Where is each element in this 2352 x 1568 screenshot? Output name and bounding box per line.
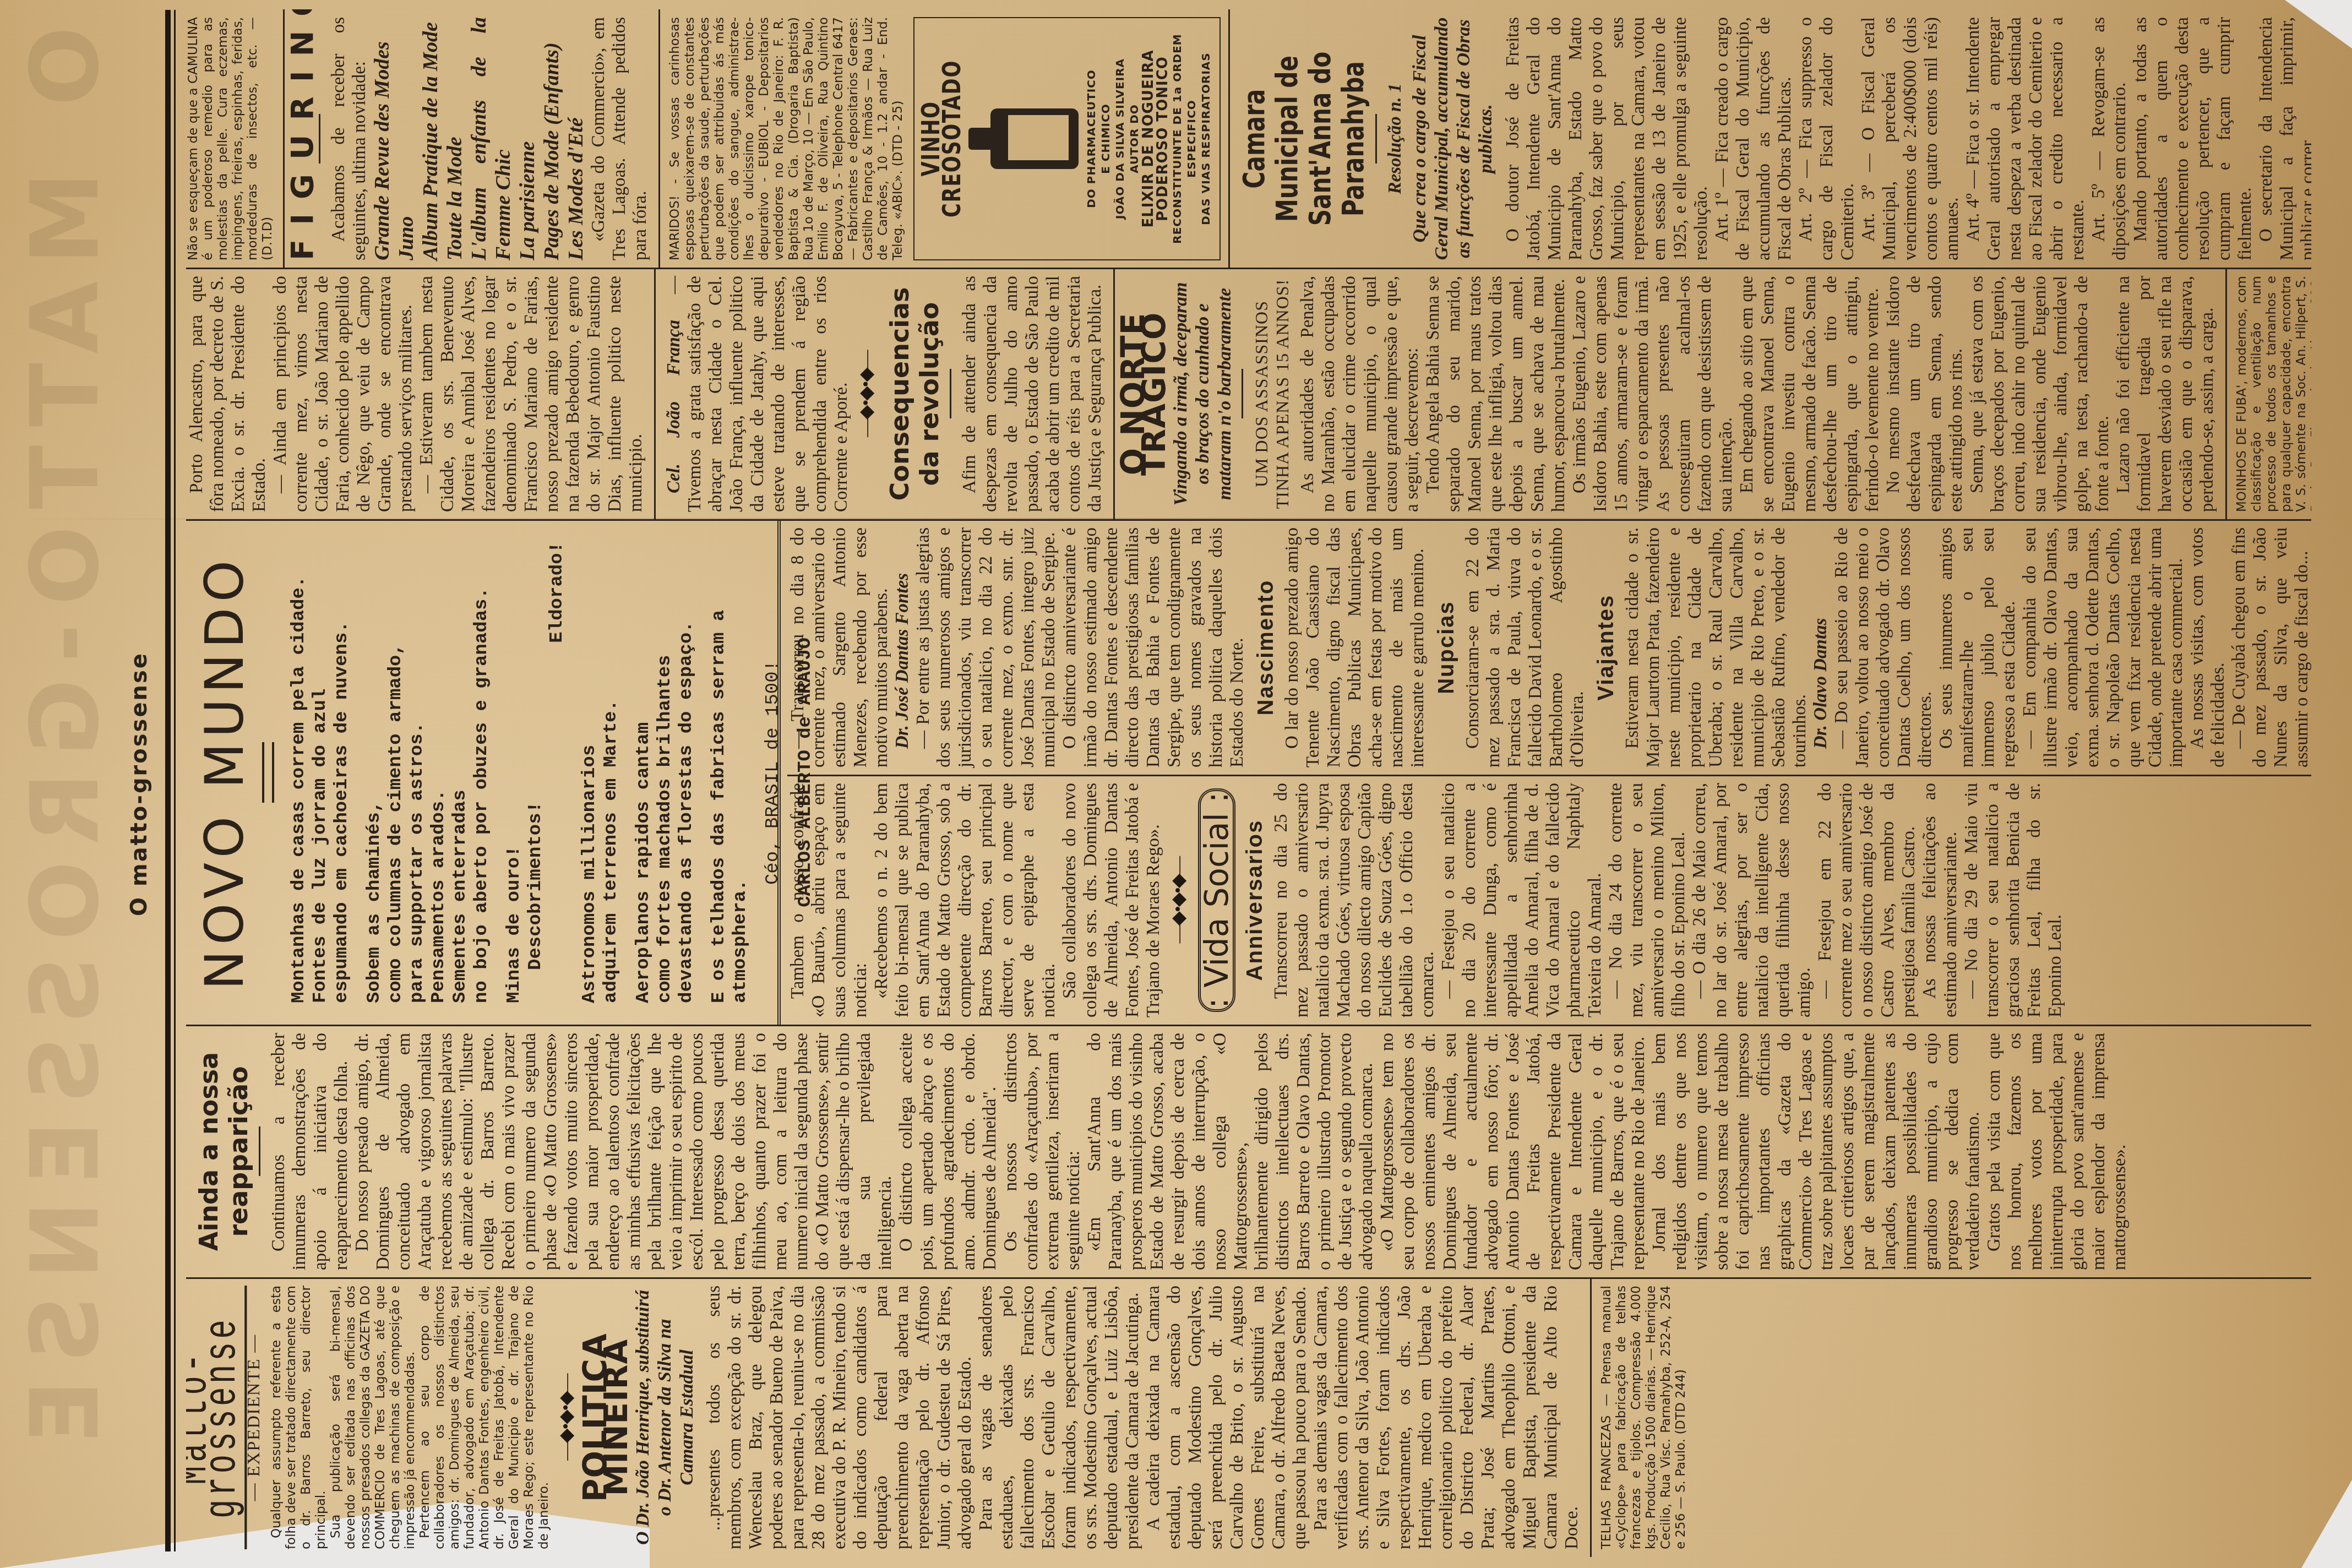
poem-line: no bojo aberto por obuzes e granadas. [471, 542, 493, 1003]
poem-stanzas: Montanhas de casas correm pela cidade.Fo… [288, 542, 752, 1003]
reapparicao-title: Ainda a nossa reapparição [194, 1033, 253, 1270]
poem-line: adquirem terrenos em Marte. [601, 542, 622, 1003]
short-rule [950, 369, 951, 419]
column-2: Ainda a nossa reapparição Continuamos a … [186, 1025, 2311, 1278]
telhas-ad: TELHAS FRANCEZAS — Prensa manual «Cyclop… [1599, 1286, 1689, 1549]
short-rule [1242, 369, 1243, 419]
divider [1590, 1278, 1592, 1557]
divider [1228, 9, 1230, 268]
nascimento-title: Nascimento [1255, 527, 1276, 767]
column-6: Não se esqueçam de que a CAMULINA é um p… [186, 9, 2311, 268]
header-rule [165, 10, 171, 1551]
poem-line: como columnas de cimento armado, [385, 542, 407, 1003]
masthead: Matto-grossense [186, 1286, 247, 1549]
camulina-ad: Não se esqueçam de que a CAMULINA é um p… [186, 17, 275, 260]
expediente-body: Qualquer assumpto referente a esta folha… [269, 1286, 552, 1549]
poem-stanza: Aeroplanos rapidos cantamcomo fortes mac… [633, 542, 698, 1003]
olavo-heading: Dr. Olavo Dantas [1810, 527, 1831, 767]
title-rule [262, 742, 274, 803]
ornament-icon: —◆•◆•◆— [856, 276, 877, 512]
column-3: Tambem o nosso confrade «O Baurú», abriu… [787, 775, 2311, 1025]
novo-mundo-poem: NOVO MUNDO Montanhas de casas correm pel… [186, 520, 781, 1025]
politica-mineira-subtitle: O Dr. João Henrique, substituirá o Dr. A… [632, 1286, 698, 1549]
header-rule-thin [174, 10, 176, 1551]
ornament-icon: —◆•◆•◆— [556, 1286, 577, 1549]
poem-stanza: Minas de ouro!Descobrimentos!Eldorado! [504, 542, 568, 1003]
short-rule [1375, 114, 1377, 164]
norte-tragico-caps: UM DOS ASSASSINOS TINHA APENAS 15 ANNOS! [1251, 276, 1293, 512]
poem-line: Sementes enterradas [450, 542, 471, 1003]
consequencias-title: Consequencias da revolução [885, 276, 944, 512]
poem-stanza: Astronomos millionariosadquirem terrenos… [579, 542, 622, 1003]
column-1: Matto-grossense — EXPEDIENTE — Qualquer … [186, 1278, 2311, 1557]
poem-line: Eldorado! [547, 542, 568, 1003]
nupcias-title: Nupcias [1436, 527, 1457, 767]
short-rule [259, 1127, 260, 1177]
poem-line: Astronomos millionarios [579, 542, 601, 1003]
vida-social-heading: : Vida Social : [1198, 788, 1235, 1012]
resolucao-subtitle: Que crea o cargo de Fiscal Geral Municip… [1409, 17, 1497, 260]
poem-line: Aeroplanos rapidos cantam [633, 542, 655, 1003]
column-5: Porto Alencastro, para que fôra nomeado,… [186, 268, 2311, 520]
poem-stanza: E os telhados das fabricas serram a atmo… [709, 542, 752, 1003]
poem-line: E os telhados das fabricas serram a atmo… [709, 542, 752, 1003]
poem-title: NOVO MUNDO [192, 542, 258, 1003]
column-4: — Transcorreu no dia 8 do corrente mez, … [787, 520, 2311, 775]
politica-mineira-title: POLITICA MINEIRA [585, 1286, 627, 1549]
moinhos-ad: MOINHOS DE FUBA', modernos, com classifi… [2235, 276, 2311, 512]
poem-stanza: Sobem as chaminés,como columnas de cimen… [364, 542, 493, 1003]
norte-tragico-title: O NORTE TRAGICO [1123, 276, 1164, 512]
poem-line: Fontes de luz jorram do azul [310, 542, 331, 1003]
poem-line: devastando as florestas do espaço. [676, 542, 698, 1003]
vinho-creosotado-ad: VINHO CREOSOTADO DO PHARMACEUTICO E CHIM… [913, 17, 1221, 260]
newspaper-page: O MATTO-GROSSENSE O matto-grossense Matt… [0, 0, 2352, 1568]
poem-stanza: Montanhas de casas correm pela cidade.Fo… [288, 542, 353, 1003]
poem-line: Minas de ouro! [504, 542, 525, 1003]
divider [658, 9, 660, 268]
poem-line: para supportar os astros. [407, 542, 428, 1003]
poem-line: Sobem as chaminés, [364, 542, 385, 1003]
page-header: O matto-grossense [127, 0, 152, 1568]
bottle-icon [968, 103, 1079, 175]
franca-heading: Cel. João França [664, 320, 684, 493]
resolucao-heading: Resolução n. 1 [1385, 17, 1406, 260]
poem-line: Descobrimentos! [525, 542, 547, 1003]
poem-line: Montanhas de casas correm pela cidade. [288, 542, 310, 1003]
poem-closing: Céo, BRASIL de 1500! [763, 542, 784, 1003]
anniversarios-title: Anniversarios [1244, 783, 1265, 1017]
divider [654, 268, 656, 520]
camara-municipal-title: Camara Municipal de Sant'Anna do Paranah… [1238, 44, 1370, 234]
dantas-heading: Dr. José Dantas Fontes [892, 527, 913, 767]
maridos-eubiol-ad: MARIDOS! - Se vossas carinhosas esposas … [668, 17, 906, 260]
poem-line: Pensamentos arados. [428, 542, 450, 1003]
ornament-icon: —◆•◆•◆— [1168, 783, 1189, 1017]
norte-tragico-subtitle: Vingando a irmã, deceparam os braços do … [1170, 276, 1236, 512]
poem-line: espumando em cachoeiras de nuvens. [331, 542, 353, 1003]
vinho-title: VINHO CREOSOTADO [921, 47, 963, 230]
viajantes-title: Viajantes [1596, 527, 1616, 767]
poem-line: como fortes machados brilhantes [655, 542, 676, 1003]
divider [2225, 268, 2227, 520]
figurinos-title: FIGURINOS! [292, 17, 313, 260]
